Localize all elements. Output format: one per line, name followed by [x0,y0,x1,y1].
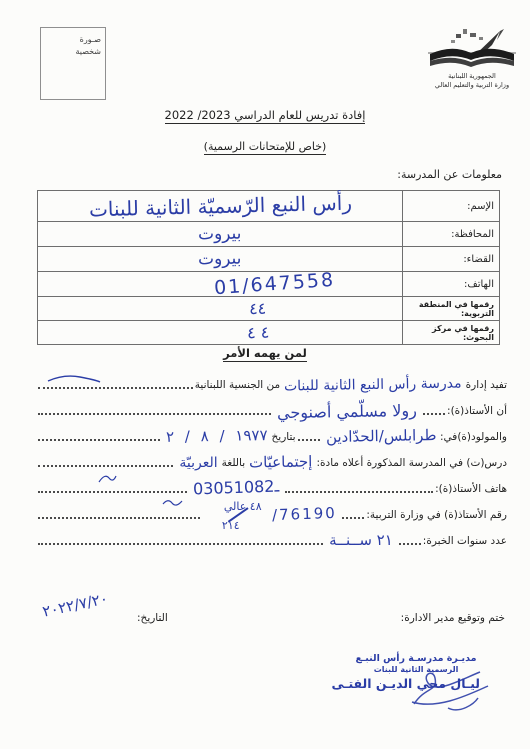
school-info-heading: معلومات عن المدرسة: [397,168,502,181]
dotted-leader [38,538,323,545]
table-row-edu-district-number: رقمها في المنطقة التربوية: ٤٤ [38,296,499,320]
printed-label: بتاريخ [272,431,296,445]
handwritten-language: العربيّة [179,455,217,471]
ministry-emblem-icon [426,28,518,72]
handwritten-teacher-name: رولا مسلّمي أصنوجي [277,401,417,422]
handwritten-birth-date: ١٩٧٧ / ٨ / ٢ [166,426,268,446]
table-row-district: القضاء: بيروت [38,246,499,271]
printed-label: أن الأستاذ(ة): [447,405,507,419]
photo-label-line1: صـورة [80,35,101,44]
dotted-leader [38,382,193,389]
table-row-phone: الهاتف: 01/647558 [38,271,499,296]
document-subtitle: (خاص للإمتحانات الرسمية) [0,140,530,153]
row-label: الإسم: [402,191,499,221]
letter-line-teacher-phone: هاتف الأستاذ(ة): 03ـ051082 [36,471,507,497]
letter-line-teacher-name: أن الأستاذ(ة): رولا مسلّمي أصنوجي [36,393,507,419]
ink-scribble-icon [161,496,183,508]
scanned-form-page: { "colors": { "ink_blue": "#2b3da6", "pa… [0,0,530,749]
ink-scribble-icon [97,472,117,484]
dotted-leader [298,434,320,441]
row-label: الهاتف: [402,272,499,296]
letter-line-experience: عدد سنوات الخبرة: ٢١ ســنــة [36,523,507,549]
annotation-bottom: ٢١٤ [222,520,240,531]
letter-body: تفيد إدارة مدرسة رأس النبع الثانية للبنا… [36,367,507,549]
printed-label: من الجنسية اللبنانية [195,379,280,393]
photo-placeholder-label: صـورة شخصية [75,34,101,58]
letter-line-subject: درس(ت) في المدرسة المذكورة أعلاه مادة: إ… [36,445,507,471]
printed-label: رقم الأستاذ(ة) في وزارة التربية: [366,509,507,523]
photo-placeholder-box: صـورة شخصية [40,27,106,100]
handwritten-experience: ٢١ ســنــة [329,531,393,549]
dotted-leader [38,460,173,467]
row-label: المحافظة: [402,222,499,246]
printed-label: هاتف الأستاذ(ة): [435,483,507,497]
row-label: القضاء: [402,247,499,271]
letter-heading: لمن يهمه الأمر [0,346,530,360]
signature-scribble-icon [408,664,494,716]
document-title: إفادة تدريس للعام الدراسي 2022 /2023 [0,108,530,122]
dotted-leader [38,486,187,493]
school-info-table: الإسم: رأس النبع الرّسميّة الثانية للبنا… [37,190,500,345]
title-years: 2022 /2023 [165,108,231,122]
printed-label: والمولود(ة)في: [440,431,507,445]
handwritten-birth-place: طرابلس/الحدّادين [325,426,436,446]
dotted-leader [285,486,434,493]
stamp-line-title: مديـرة مدرسـة رأس النبـع [352,653,480,664]
photo-label-line2: شخصية [75,47,101,56]
handwritten-annotation: ٤٨ عالي ٢١٤ [208,501,262,531]
handwritten-school-name: مدرسة رأس النبع الثانية للبنات [284,375,462,394]
stamp-signature-label: ختم وتوقيع مدير الادارة: [401,612,505,624]
dotted-leader [38,408,271,415]
letter-line-birth: والمولود(ة)في: طرابلس/الحدّادين بتاريخ ١… [36,419,507,445]
row-label: رقمها في مركز البحوث: [402,321,499,344]
dotted-leader [38,512,200,519]
date-label: التاريخ: [137,612,168,624]
printed-label: تفيد إدارة [466,379,507,393]
dotted-leader [38,434,160,441]
handwritten-phone: 01/647558 [214,269,336,299]
checkmark-scribble-icon [46,372,102,386]
handwritten-subject: إجتماعيّات [249,452,313,471]
title-text: إفادة تدريس للعام الدراسي [234,108,365,122]
printed-label: باللغة [222,457,246,471]
dotted-leader [399,538,421,545]
letter-line-ministry-number: رقم الأستاذ(ة) في وزارة التربية: /76190 … [36,497,507,523]
letter-line-school: تفيد إدارة مدرسة رأس النبع الثانية للبنا… [36,367,507,393]
handwritten-date: ٢٠٢٢/٧/٢٠ [41,589,110,620]
table-row-name: الإسم: رأس النبع الرّسميّة الثانية للبنا… [38,191,499,221]
handwritten-research-number: ٤ ٤ [247,323,270,343]
handwritten-ministry-number: /76190 [271,504,336,524]
handwritten-district: بيروت [198,249,242,270]
printed-label: عدد سنوات الخبرة: [423,535,507,549]
handwritten-governorate: بيروت [198,224,242,245]
logo-text-ministry: وزارة التربية والتعليم العالي [424,81,520,90]
ministry-logo: الجمهورية اللبنانية وزارة التربية والتعل… [424,28,520,94]
dotted-leader [423,408,445,415]
table-row-research-center-number: رقمها في مركز البحوث: ٤ ٤ [38,320,499,344]
handwritten-school-name: رأس النبع الرّسميّة الثانية للبنات [88,191,352,222]
logo-text-republic: الجمهورية اللبنانية [424,72,520,81]
handwritten-edu-number: ٤٤ [249,299,267,319]
printed-label: درس(ت) في المدرسة المذكورة أعلاه مادة: [317,457,507,471]
handwritten-teacher-phone: 03ـ051082 [192,477,279,499]
dotted-leader [342,512,364,519]
row-label: رقمها في المنطقة التربوية: [402,297,499,320]
table-row-governorate: المحافظة: بيروت [38,221,499,246]
